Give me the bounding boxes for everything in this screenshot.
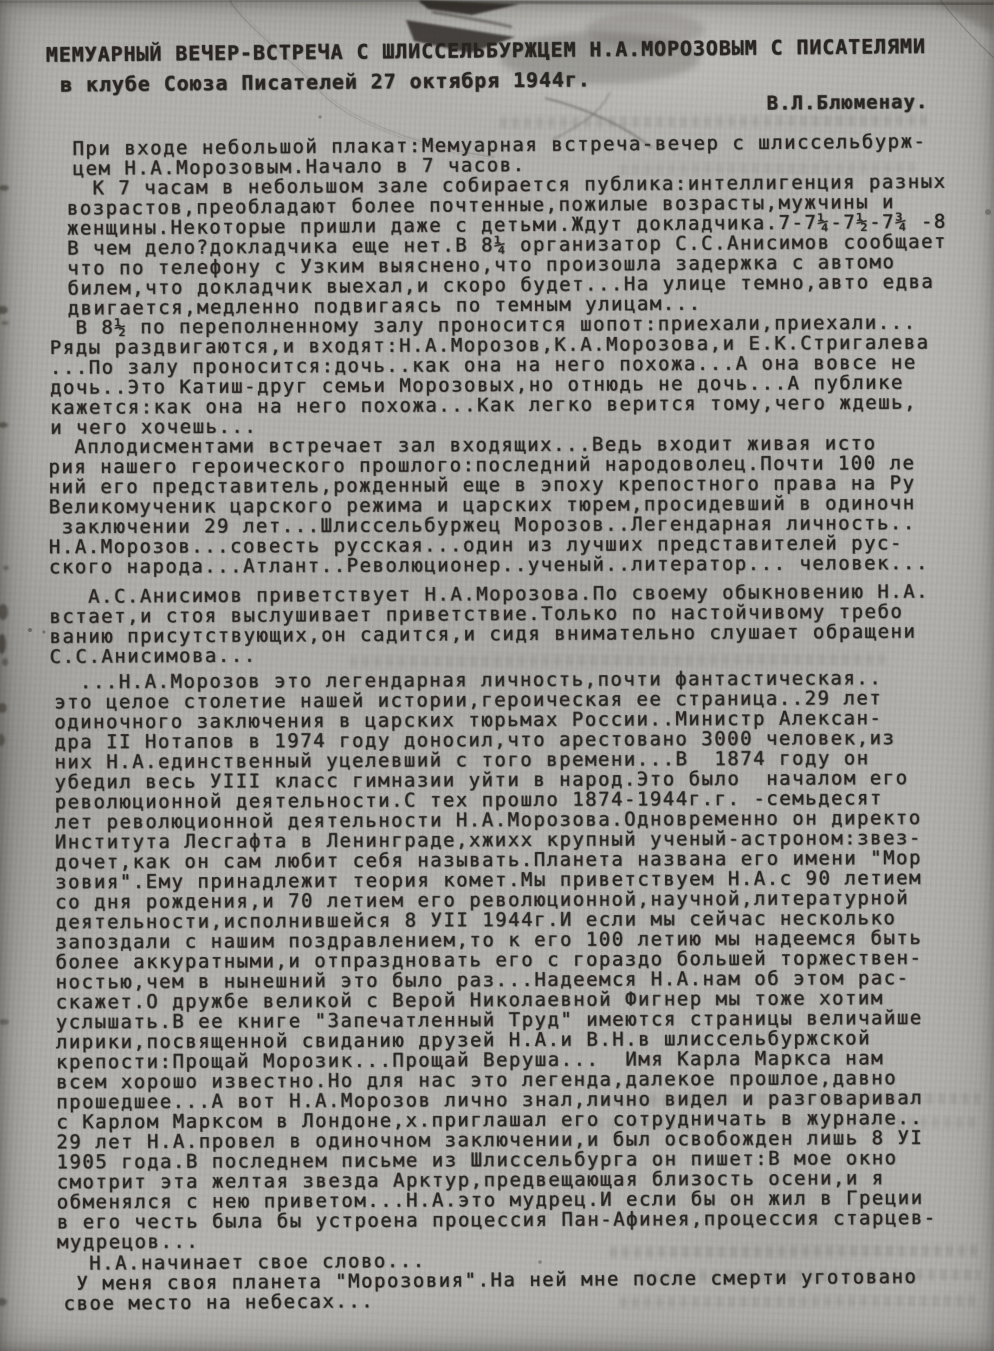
scanned-typewritten-page: МЕМУАРНЫЙ ВЕЧЕР-ВСТРЕЧА С ШЛИССЕЛЬБУРЖЦЕ…: [0, 0, 994, 1351]
paragraph-anisimov-address: ...Н.А.Морозов это легендарная личность,…: [54, 668, 993, 1253]
paragraph-morozov-speech: Н.А.начинает свое слово... У меня своя п…: [63, 1246, 993, 1314]
paragraph-anisimov-greeting: А.С.Анисимов приветствует Н.А.Морозова.П…: [49, 581, 989, 667]
typewritten-content: МЕМУАРНЫЙ ВЕЧЕР-ВСТРЕЧА С ШЛИССЕЛЬБУРЖЦЕ…: [0, 0, 994, 1313]
paragraph-arrival: В 8½ по переполненному залу проносится ш…: [50, 312, 989, 438]
document-header: МЕМУАРНЫЙ ВЕЧЕР-ВСТРЕЧА С ШЛИССЕЛЬБУРЖЦЕ…: [46, 30, 987, 123]
paragraph-applause: Аплодисментами встречает зал входящих...…: [48, 433, 989, 577]
paragraph-audience-gathering: К 7 часам в небольшом зале собирается пу…: [67, 171, 988, 318]
